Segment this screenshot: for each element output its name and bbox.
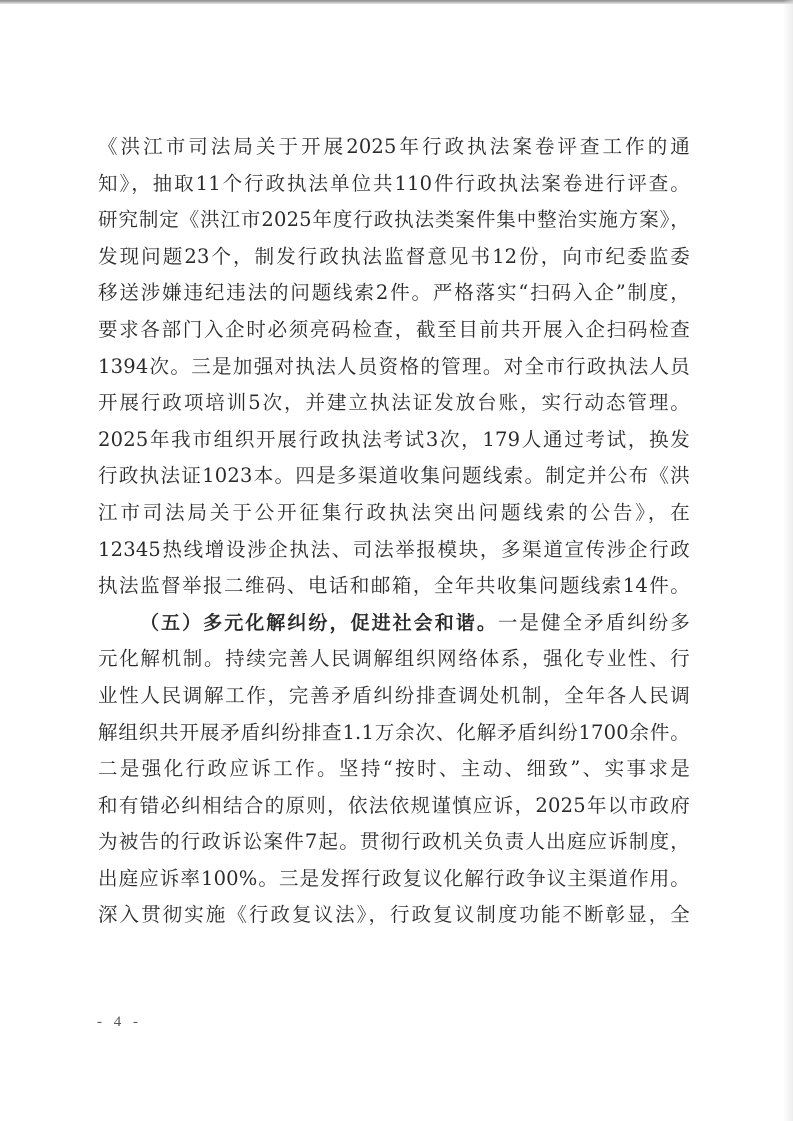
- text-line: 出庭应诉率100%。三是发挥行政复议化解行政争议主渠道作用。: [98, 861, 690, 898]
- text-line: 执法监督举报二维码、电话和邮箱，全年共收集问题线索14件。: [98, 568, 690, 605]
- text-line: 知》，抽取11个行政执法单位共110件行政执法案卷进行评查。: [98, 166, 690, 203]
- text-line: 1394次。三是加强对执法人员资格的管理。对全市行政执法人员: [98, 349, 690, 386]
- scan-top-edge: [0, 0, 793, 4]
- text-line: 为被告的行政诉讼案件7起。贯彻行政机关负责人出庭应诉制度，: [98, 824, 690, 861]
- text-line: 解组织共开展矛盾纠纷排查1.1万余次、化解矛盾纠纷1700余件。: [98, 715, 690, 752]
- text-line: 《洪江市司法局关于开展2025年行政执法案卷评查工作的通: [98, 129, 690, 166]
- text-line: 12345热线增设涉企执法、司法举报模块，多渠道宣传涉企行政: [98, 532, 690, 569]
- text-line: 江市司法局关于公开征集行政执法突出问题线索的公告》，在: [98, 495, 690, 532]
- text-line: 二是强化行政应诉工作。坚持“按时、主动、细致”、实事求是: [98, 751, 690, 788]
- text-line: 深入贯彻实施《行政复议法》，行政复议制度功能不断彰显，全: [98, 897, 690, 934]
- text-line: 行政执法证1023本。四是多渠道收集问题线索。制定并公布《洪: [98, 458, 690, 495]
- page-number: - 4 -: [97, 1014, 142, 1031]
- text-line: 研究制定《洪江市2025年度行政执法类案件集中整治实施方案》，: [98, 202, 690, 239]
- section-heading: （五）多元化解纠纷，促进社会和谐。: [140, 612, 498, 634]
- scan-right-shadow: [783, 0, 793, 1121]
- text-line: 移送涉嫌违纪违法的问题线索2件。严格落实“扫码入企”制度，: [98, 275, 690, 312]
- section-text: 一是健全矛盾纠纷多: [498, 611, 690, 634]
- text-line: 开展行政项培训5次，并建立执法证发放台账，实行动态管理。: [98, 385, 690, 422]
- section-heading-line: （五）多元化解纠纷，促进社会和谐。一是健全矛盾纠纷多: [98, 605, 690, 642]
- text-line: 要求各部门入企时必须亮码检查，截至目前共开展入企扫码检查: [98, 312, 690, 349]
- text-line: 发现问题23个，制发行政执法监督意见书12份，向市纪委监委: [98, 239, 690, 276]
- text-line: 业性人民调解工作，完善矛盾纠纷排查调处机制，全年各人民调: [98, 678, 690, 715]
- text-line: 和有错必纠相结合的原则，依法依规谨慎应诉，2025年以市政府: [98, 788, 690, 825]
- document-body: 《洪江市司法局关于开展2025年行政执法案卷评查工作的通 知》，抽取11个行政执…: [98, 129, 690, 934]
- text-line: 2025年我市组织开展行政执法考试3次，179人通过考试，换发: [98, 422, 690, 459]
- text-line: 元化解机制。持续完善人民调解组织网络体系，强化专业性、行: [98, 641, 690, 678]
